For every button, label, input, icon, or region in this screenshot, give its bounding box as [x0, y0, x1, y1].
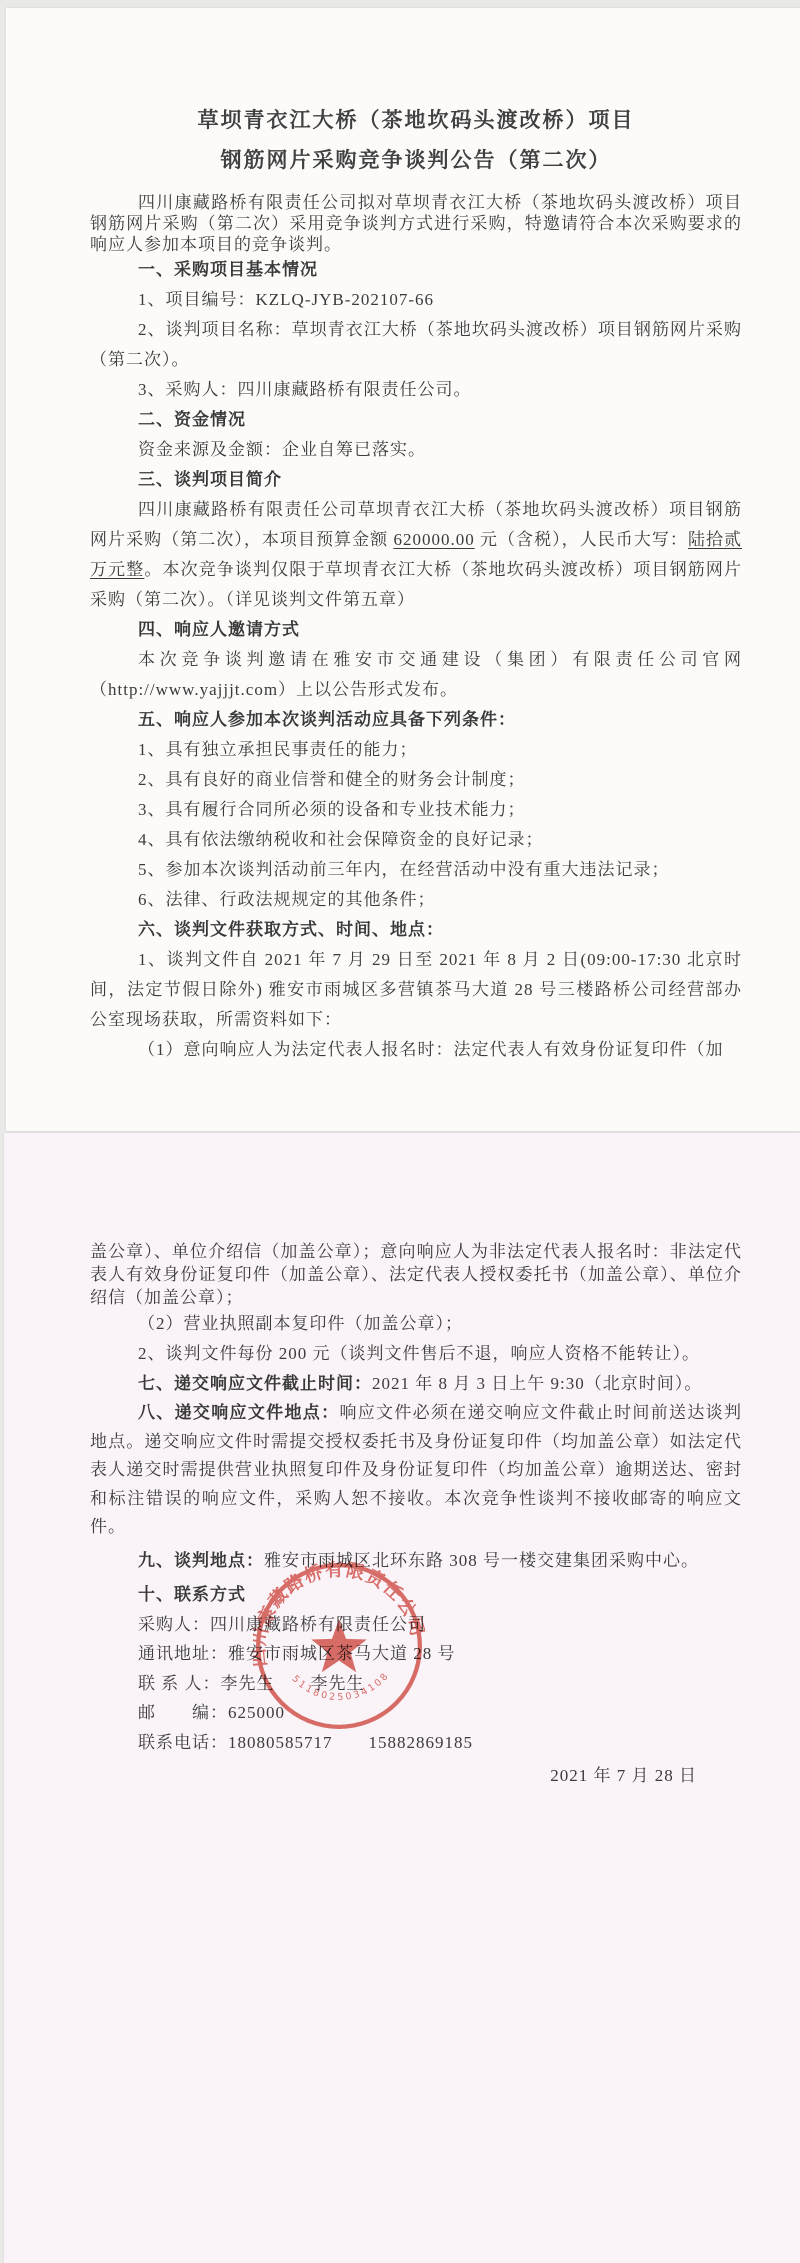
section5-item-2: 2、具有良好的商业信誉和健全的财务会计制度；	[90, 765, 742, 795]
section5-item-3: 3、具有履行合同所必须的设备和专业技术能力；	[90, 795, 742, 825]
contact-purchaser: 采购人：四川康藏路桥有限责任公司	[90, 1610, 742, 1640]
contact-postcode: 邮 编：625000	[90, 1698, 742, 1728]
section3-paragraph: 四川康藏路桥有限责任公司草坝青衣江大桥（茶地坎码头渡改桥）项目钢筋网片采购（第二…	[90, 495, 742, 615]
doc-title-line1: 草坝青衣江大桥（茶地坎码头渡改桥）项目	[90, 104, 742, 136]
section6-sub1-continued: 盖公章）、单位介绍信（加盖公章）；意向响应人为非法定代表人报名时：非法定代表人有…	[90, 1240, 742, 1309]
section3-heading: 三、谈判项目简介	[90, 465, 742, 495]
section7-body: 2021 年 8 月 3 日上午 9:30（北京时间）。	[372, 1374, 702, 1393]
budget-amount: 620000.00	[393, 530, 474, 549]
section6-sub2: （2）营业执照副本复印件（加盖公章）；	[90, 1309, 742, 1339]
section7-line: 七、递交响应文件截止时间：2021 年 8 月 3 日上午 9:30（北京时间）…	[90, 1369, 742, 1399]
section3-text: 元（含税），人民币大写：	[475, 530, 688, 549]
section5-item-6: 6、法律、行政法规规定的其他条件；	[90, 885, 742, 915]
section9-line: 九、谈判地点：雅安市雨城区北环东路 308 号一楼交建集团采购中心。	[90, 1546, 742, 1576]
announcement-date: 2021 年 7 月 28 日	[90, 1761, 742, 1791]
section9-heading: 九、谈判地点：	[138, 1551, 264, 1570]
section1-item-project-name: 2、谈判项目名称：草坝青衣江大桥（茶地坎码头渡改桥）项目钢筋网片采购（第二次）。	[90, 315, 742, 375]
section1-heading: 一、采购项目基本情况	[90, 255, 742, 285]
section6-sub1-start: （1）意向响应人为法定代表人报名时：法定代表人有效身份证复印件（加	[90, 1035, 742, 1065]
doc-title-line2: 钢筋网片采购竞争谈判公告（第二次）	[90, 144, 742, 176]
section5-item-5: 5、参加本次谈判活动前三年内，在经营活动中没有重大违法记录；	[90, 855, 742, 885]
section5-heading: 五、响应人参加本次谈判活动应具备下列条件：	[90, 705, 742, 735]
section8-heading: 八、递交响应文件地点：	[138, 1403, 339, 1422]
section1-item-purchaser: 3、采购人：四川康藏路桥有限责任公司。	[90, 375, 742, 405]
contact-address: 通讯地址：雅安市雨城区茶马大道 28 号	[90, 1639, 742, 1669]
contact-phone: 联系电话：18080585717 15882869185	[90, 1728, 742, 1758]
section6-heading: 六、谈判文件获取方式、时间、地点：	[90, 915, 742, 945]
section4-heading: 四、响应人邀请方式	[90, 615, 742, 645]
page-2: 盖公章）、单位介绍信（加盖公章）；意向响应人为非法定代表人报名时：非法定代表人有…	[4, 1133, 800, 2263]
section5-item-1: 1、具有独立承担民事责任的能力；	[90, 735, 742, 765]
section8-body: 响应文件必须在递交响应文件截止时间前送达谈判地点。递交响应文件时需提交授权委托书…	[90, 1403, 742, 1536]
section1-item-project-number: 1、项目编号：KZLQ-JYB-202107-66	[90, 285, 742, 315]
section2-heading: 二、资金情况	[90, 405, 742, 435]
section2-body: 资金来源及金额：企业自筹已落实。	[90, 435, 742, 465]
section5-item-4: 4、具有依法缴纳税收和社会保障资金的良好记录；	[90, 825, 742, 855]
section10-heading: 十、联系方式	[90, 1580, 742, 1610]
section3-text: 。本次竞争谈判仅限于草坝青衣江大桥（茶地坎码头渡改桥）项目钢筋网片采购（第二次）…	[90, 560, 742, 609]
scanned-announcement-document: { "doc": { "title_line1": "草坝青衣江大桥（茶地坎码头…	[0, 0, 800, 2263]
section7-heading: 七、递交响应文件截止时间：	[138, 1374, 372, 1393]
section8-paragraph: 八、递交响应文件地点：响应文件必须在递交响应文件截止时间前送达谈判地点。递交响应…	[90, 1399, 742, 1542]
page-1: 草坝青衣江大桥（茶地坎码头渡改桥）项目 钢筋网片采购竞争谈判公告（第二次） 四川…	[6, 8, 800, 1131]
section6-item-2: 2、谈判文件每份 200 元（谈判文件售后不退，响应人资格不能转让）。	[90, 1339, 742, 1369]
intro-paragraph: 四川康藏路桥有限责任公司拟对草坝青衣江大桥（茶地坎码头渡改桥）项目钢筋网片采购（…	[90, 192, 742, 255]
section6-item-1: 1、谈判文件自 2021 年 7 月 29 日至 2021 年 8 月 2 日(…	[90, 945, 742, 1035]
section9-body: 雅安市雨城区北环东路 308 号一楼交建集团采购中心。	[264, 1551, 699, 1570]
section4-body: 本次竞争谈判邀请在雅安市交通建设（集团）有限责任公司官网（http://www.…	[90, 645, 742, 705]
contact-person: 联 系 人：李先生 李先生	[90, 1669, 742, 1699]
